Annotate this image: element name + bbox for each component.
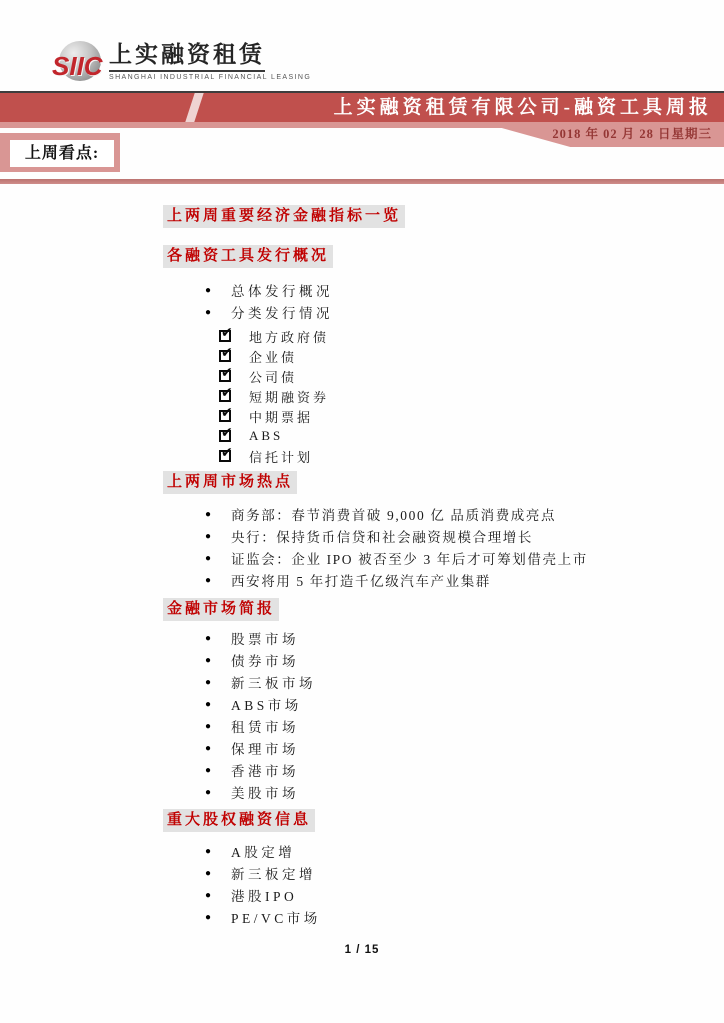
check-mark-icon: ✔ [221, 385, 233, 401]
checkbox-label: ABS [249, 428, 283, 444]
report-title: 上实融资租赁有限公司-融资工具周报 [0, 93, 724, 122]
list-item-label: 美股市场 [231, 782, 299, 802]
list-item: ●总体发行概况 [163, 279, 683, 301]
list-item: ●租赁市场 [163, 715, 683, 737]
siic-wordmark: SIIC [52, 51, 103, 82]
list-item: ●PE/VC市场 [163, 906, 683, 928]
bullet-icon: ● [205, 787, 231, 798]
checkbox-label: 企业债 [249, 347, 297, 366]
list-item-label: 证监会：企业 IPO 被否至少 3 年后才可筹划借壳上市 [231, 548, 588, 568]
check-mark-icon: ✔ [221, 405, 233, 421]
report-date-tab: 2018 年 02 月 28 日星期三 [480, 122, 724, 147]
bullet-icon: ● [205, 575, 231, 586]
checkbox-row: ✔中期票据 [163, 406, 683, 426]
checkbox-row: ✔企业债 [163, 346, 683, 366]
list-item-label: 香港市场 [231, 760, 299, 780]
bullet-icon: ● [205, 509, 231, 520]
checkbox-row: ✔地方政府债 [163, 326, 683, 346]
markets-bullet-list: ●股票市场 ●债券市场 ●新三板市场 ●ABS市场 ●租赁市场 ●保理市场 ●香… [163, 627, 683, 803]
bullet-icon: ● [205, 553, 231, 564]
list-item-label: 央行：保持货币信贷和社会融资规模合理增长 [231, 526, 533, 546]
checkbox-label: 信托计划 [249, 447, 313, 466]
checkbox-row: ✔ABS [163, 426, 683, 446]
list-item: ●商务部：春节消费首破 9,000 亿 品质消费成亮点 [163, 503, 683, 525]
checkbox-label: 短期融资券 [249, 387, 329, 406]
checked-checkbox-icon: ✔ [219, 370, 231, 382]
bullet-icon: ● [205, 699, 231, 710]
heading-issuance: 各融资工具发行概况 [163, 245, 333, 268]
bullet-icon: ● [205, 531, 231, 542]
hotspots-bullet-list: ●商务部：春节消费首破 9,000 亿 品质消费成亮点 ●央行：保持货币信贷和社… [163, 503, 683, 591]
bullet-icon: ● [205, 677, 231, 688]
list-item: ●A股定增 [163, 840, 683, 862]
bullet-icon: ● [205, 868, 231, 879]
checkbox-row: ✔公司债 [163, 366, 683, 386]
list-item-label: A股定增 [231, 841, 295, 861]
list-item: ●央行：保持货币信贷和社会融资规模合理增长 [163, 525, 683, 547]
list-item: ●新三板定增 [163, 862, 683, 884]
bullet-icon: ● [205, 655, 231, 666]
logo-names: 上实融资租赁 SHANGHAI INDUSTRIAL FINANCIAL LEA… [109, 38, 311, 81]
heading-equity: 重大股权融资信息 [163, 809, 315, 832]
bullet-icon: ● [205, 721, 231, 732]
checkbox-label: 公司债 [249, 367, 297, 386]
lookpoint-label: 上周看点: [10, 140, 114, 167]
logo-company-name-en: SHANGHAI INDUSTRIAL FINANCIAL LEASING [109, 74, 311, 81]
bullet-icon: ● [205, 285, 231, 296]
document-page: SIIC 上实融资租赁 SHANGHAI INDUSTRIAL FINANCIA… [0, 0, 724, 1023]
heading-indicators: 上两周重要经济金融指标一览 [163, 205, 405, 228]
list-item: ●股票市场 [163, 627, 683, 649]
bullet-icon: ● [205, 633, 231, 644]
list-item-label: 新三板定增 [231, 863, 316, 883]
checked-checkbox-icon: ✔ [219, 410, 231, 422]
equity-bullet-list: ●A股定增 ●新三板定增 ●港股IPO ●PE/VC市场 [163, 840, 683, 928]
check-mark-icon: ✔ [221, 345, 233, 361]
bullet-icon: ● [205, 765, 231, 776]
bullet-icon: ● [205, 912, 231, 923]
list-item: ●西安将用 5 年打造千亿级汽车产业集群 [163, 569, 683, 591]
check-mark-icon: ✔ [221, 425, 233, 441]
toc-content: 上两周重要经济金融指标一览 各融资工具发行概况 ●总体发行概况 ●分类发行情况 … [163, 205, 683, 928]
heading-hotspots: 上两周市场热点 [163, 471, 297, 494]
check-mark-icon: ✔ [221, 325, 233, 341]
lookpoint-box: 上周看点: [0, 133, 120, 172]
list-item-label: 总体发行概况 [231, 280, 333, 300]
siic-globe-icon: SIIC [55, 38, 107, 86]
bullet-icon: ● [205, 890, 231, 901]
list-item: ●证监会：企业 IPO 被否至少 3 年后才可筹划借壳上市 [163, 547, 683, 569]
list-item-label: 港股IPO [231, 885, 297, 905]
issuance-bullet-list: ●总体发行概况 ●分类发行情况 [163, 279, 683, 323]
list-item: ●保理市场 [163, 737, 683, 759]
checkbox-row: ✔信托计划 [163, 446, 683, 466]
checkbox-row: ✔短期融资券 [163, 386, 683, 406]
check-mark-icon: ✔ [221, 365, 233, 381]
bullet-icon: ● [205, 743, 231, 754]
checkbox-label: 中期票据 [249, 407, 313, 426]
list-item-label: 商务部：春节消费首破 9,000 亿 品质消费成亮点 [231, 504, 556, 524]
checked-checkbox-icon: ✔ [219, 350, 231, 362]
issuance-checkbox-list: ✔地方政府债 ✔企业债 ✔公司债 ✔短期融资券 ✔中期票据 ✔ABS ✔信托计划 [163, 326, 683, 466]
section-divider-line [0, 179, 724, 184]
list-item-label: ABS市场 [231, 694, 302, 714]
logo-company-name-cn: 上实融资租赁 [109, 42, 265, 72]
list-item-label: PE/VC市场 [231, 907, 321, 927]
checked-checkbox-icon: ✔ [219, 430, 231, 442]
bullet-icon: ● [205, 307, 231, 318]
heading-markets: 金融市场简报 [163, 598, 279, 621]
list-item-label: 保理市场 [231, 738, 299, 758]
checked-checkbox-icon: ✔ [219, 390, 231, 402]
list-item: ●新三板市场 [163, 671, 683, 693]
report-date: 2018 年 02 月 28 日星期三 [552, 127, 712, 141]
list-item-label: 分类发行情况 [231, 302, 333, 322]
list-item-label: 新三板市场 [231, 672, 316, 692]
company-logo: SIIC 上实融资租赁 SHANGHAI INDUSTRIAL FINANCIA… [55, 38, 311, 90]
checked-checkbox-icon: ✔ [219, 330, 231, 342]
list-item-label: 股票市场 [231, 628, 299, 648]
list-item: ●分类发行情况 [163, 301, 683, 323]
page-number: 1 / 15 [0, 944, 724, 956]
check-mark-icon: ✔ [221, 445, 233, 461]
list-item-label: 租赁市场 [231, 716, 299, 736]
report-title-bar: 上实融资租赁有限公司-融资工具周报 [0, 91, 724, 122]
checkbox-label: 地方政府债 [249, 327, 329, 346]
list-item: ●港股IPO [163, 884, 683, 906]
bullet-icon: ● [205, 846, 231, 857]
list-item-label: 西安将用 5 年打造千亿级汽车产业集群 [231, 570, 491, 590]
list-item: ●美股市场 [163, 781, 683, 803]
list-item: ●ABS市场 [163, 693, 683, 715]
checked-checkbox-icon: ✔ [219, 450, 231, 462]
list-item: ●香港市场 [163, 759, 683, 781]
list-item-label: 债券市场 [231, 650, 299, 670]
list-item: ●债券市场 [163, 649, 683, 671]
